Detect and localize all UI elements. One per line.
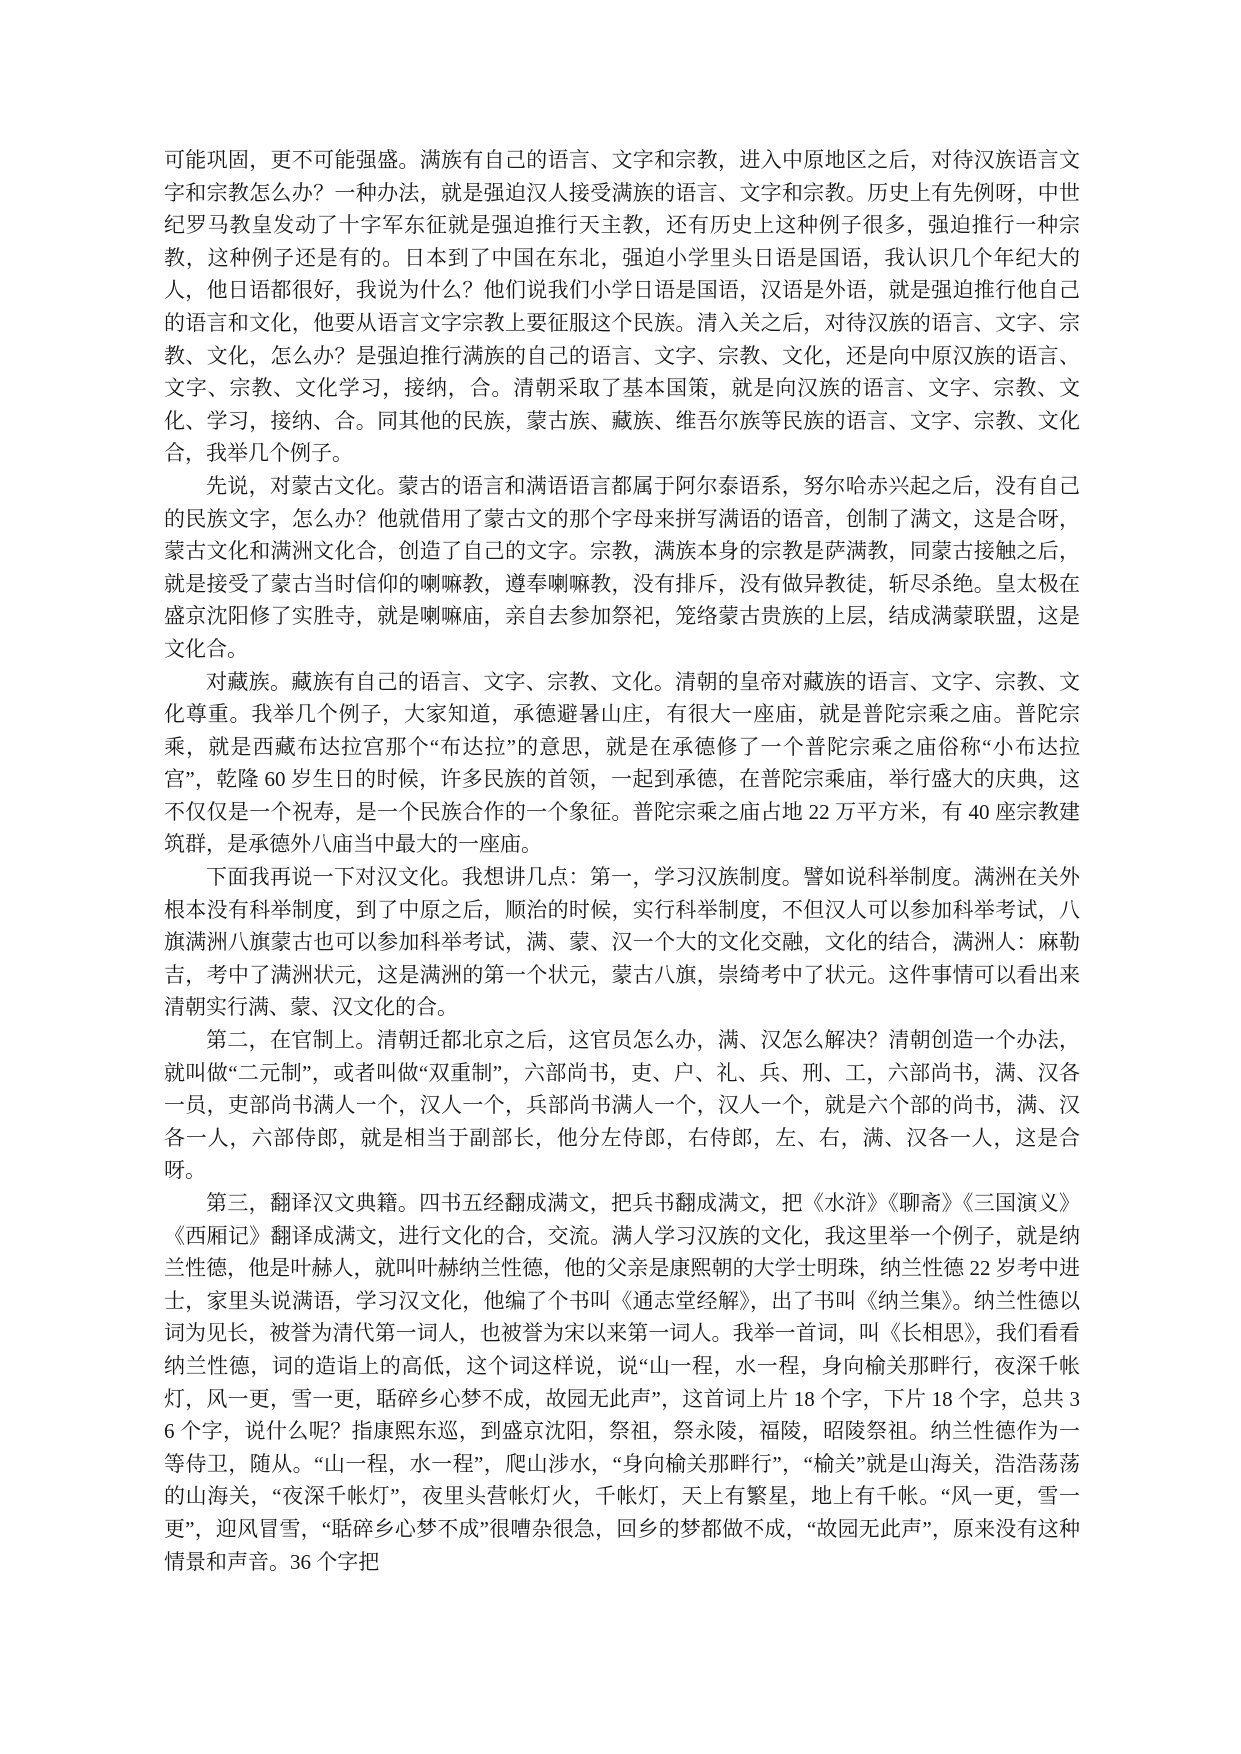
paragraph-official-system-second: 第二，在官制上。清朝迁都北京之后，这官员怎么办，满、汉怎么解决？清朝创造一个办法…: [164, 1024, 1080, 1187]
paragraph-translation-third: 第三，翻译汉文典籍。四书五经翻成满文，把兵书翻成满文，把《水浒》《聊斋》《三国演…: [164, 1187, 1080, 1578]
paragraph-continuation: 可能巩固，更不可能强盛。满族有自己的语言、文字和宗教，进入中原地区之后，对待汉族…: [164, 144, 1080, 470]
text-block: 可能巩固，更不可能强盛。满族有自己的语言、文字和宗教，进入中原地区之后，对待汉族…: [164, 144, 1080, 1578]
paragraph-mongol-culture: 先说，对蒙古文化。蒙古的语言和满语语言都属于阿尔泰语系，努尔哈赤兴起之后，没有自…: [164, 470, 1080, 666]
paragraph-han-culture-first: 下面我再说一下对汉文化。我想讲几点：第一，学习汉族制度。譬如说科举制度。满洲在关…: [164, 861, 1080, 1024]
paragraph-tibetan-culture: 对藏族。藏族有自己的语言、文字、宗教、文化。清朝的皇帝对藏族的语言、文字、宗教、…: [164, 666, 1080, 862]
document-page: 可能巩固，更不可能强盛。满族有自己的语言、文字和宗教，进入中原地区之后，对待汉族…: [0, 0, 1241, 1754]
